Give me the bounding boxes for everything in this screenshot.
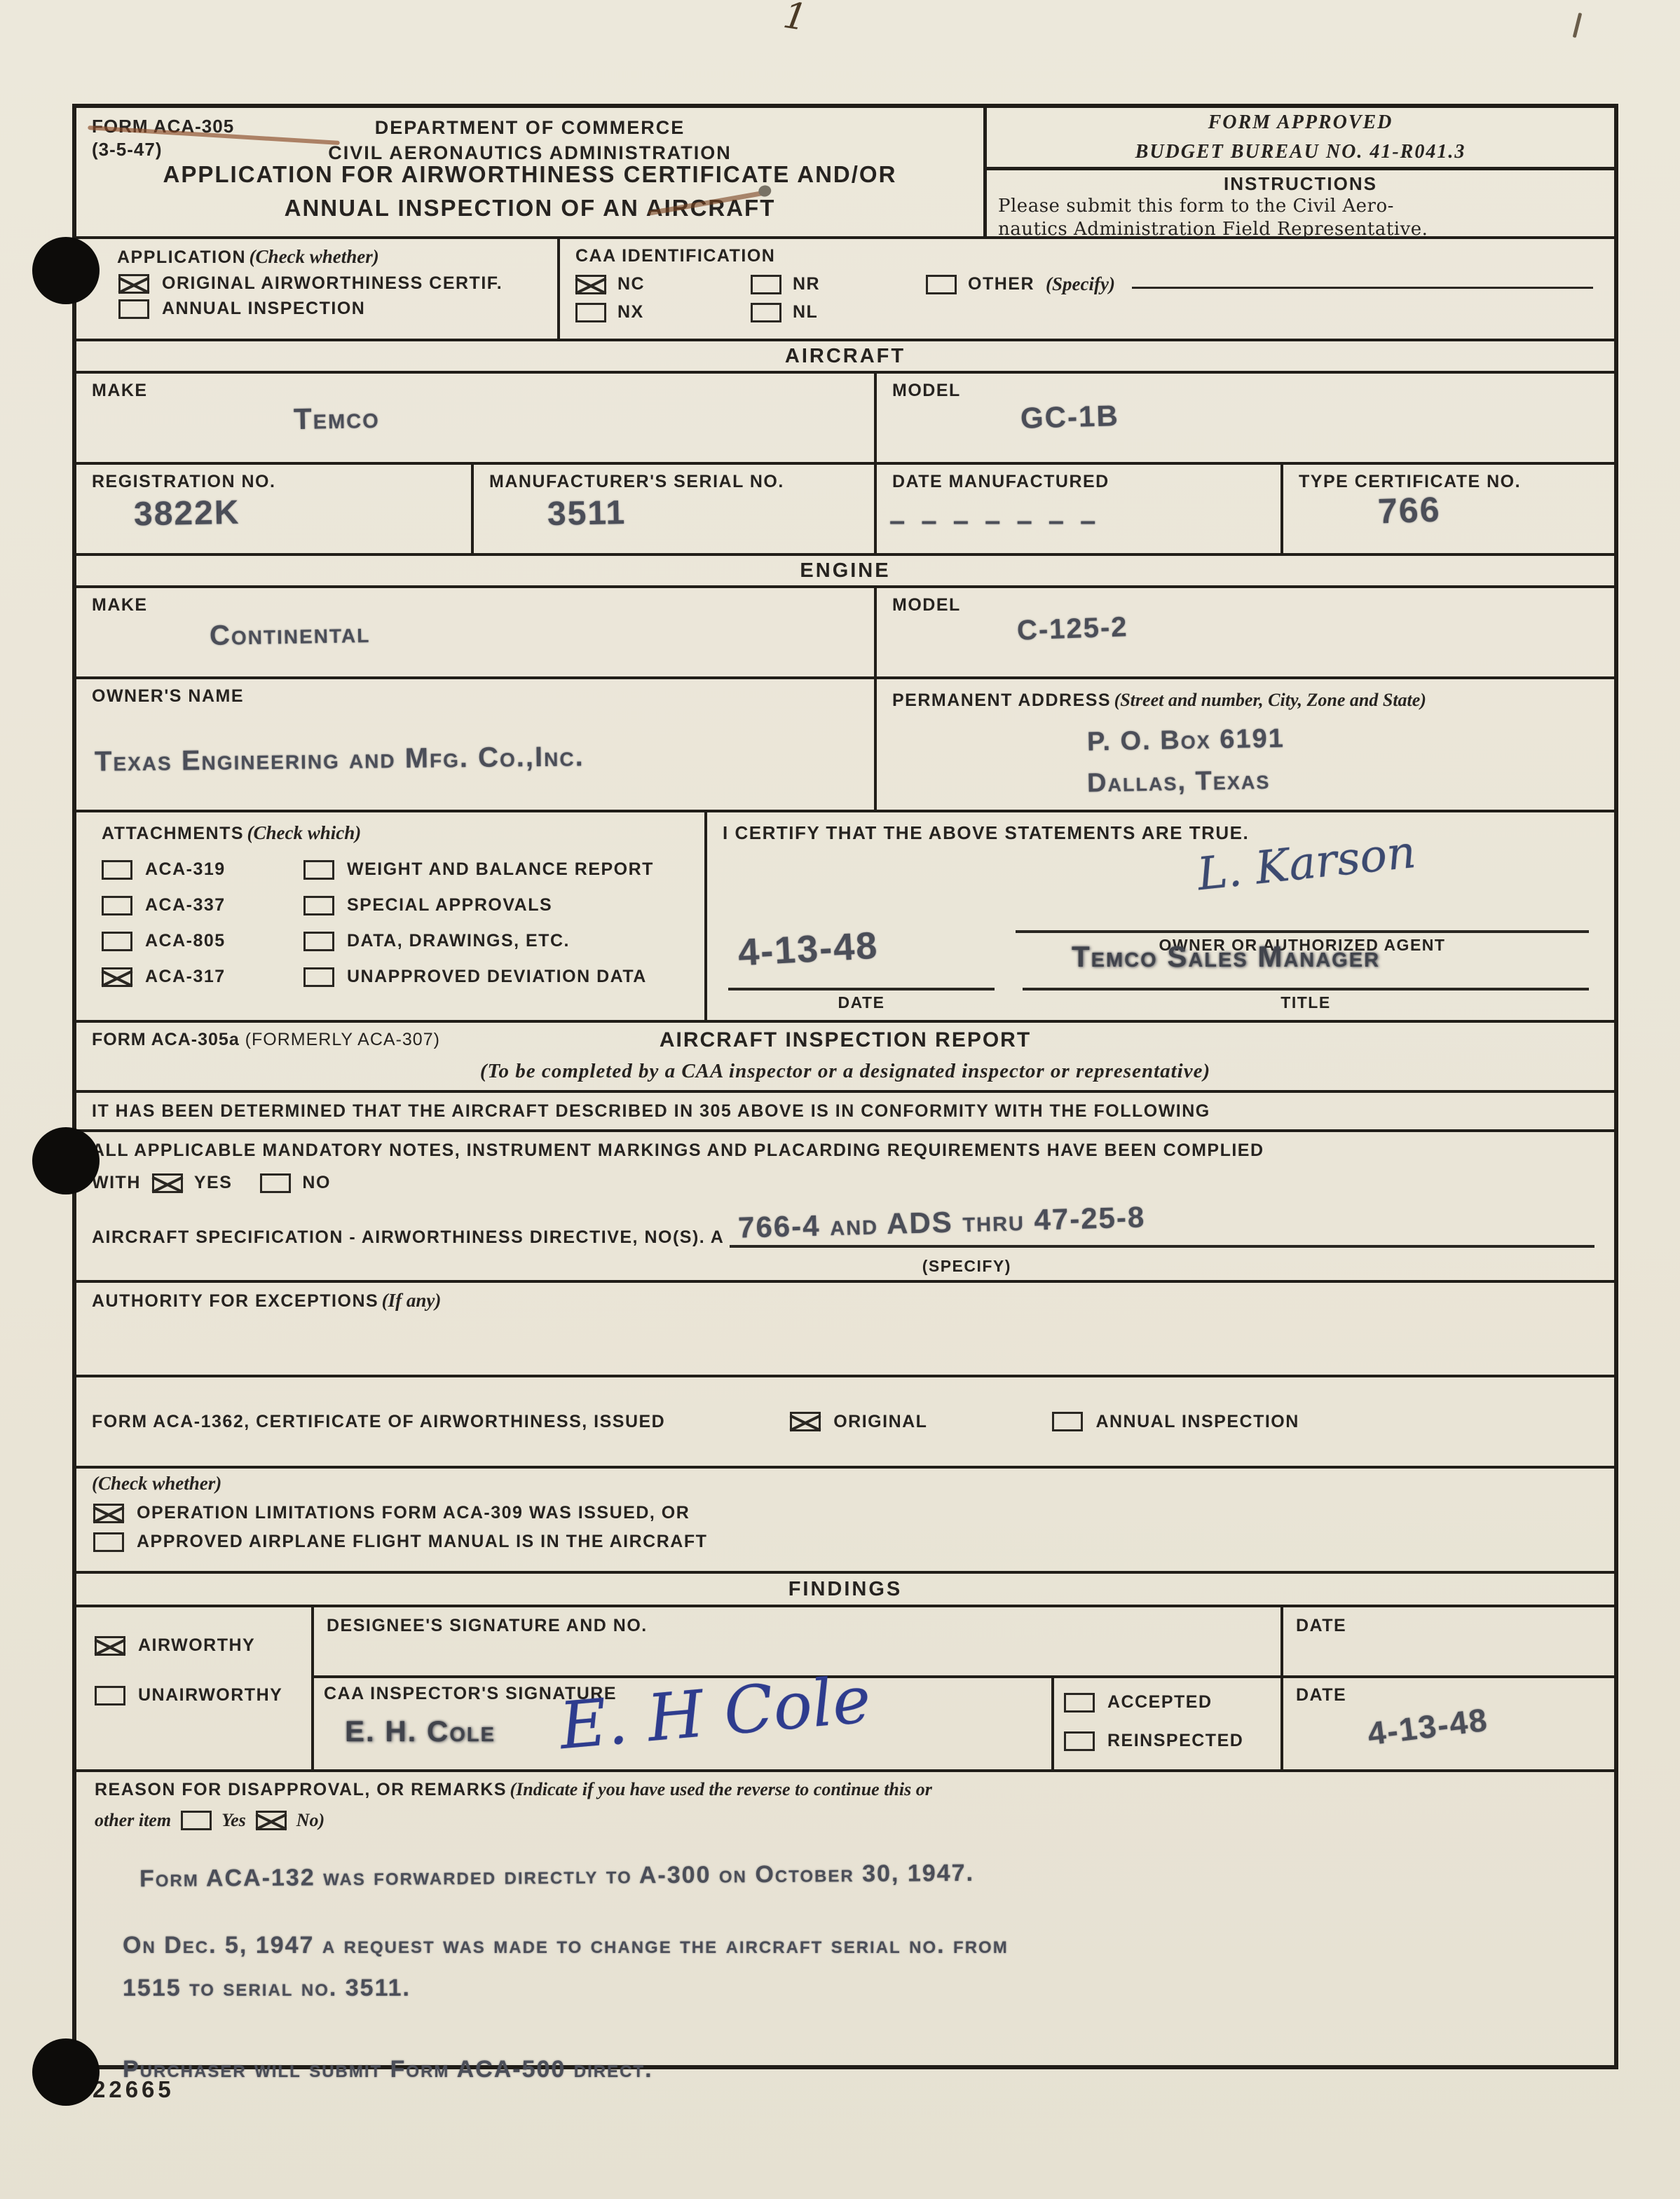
checkbox-annual-inspection[interactable]: [118, 299, 149, 319]
permanent-address-cell: PERMANENT ADDRESS (Street and number, Ci…: [877, 679, 1614, 810]
airworthy-label: AIRWORTHY: [138, 1635, 255, 1656]
other-specify-line[interactable]: [1132, 280, 1593, 289]
checkbox-issued-original[interactable]: [790, 1412, 821, 1431]
inspection-date-cell: DATE 4-13-48: [1281, 1678, 1614, 1769]
authority-label: AUTHORITY FOR EXCEPTIONS: [92, 1291, 378, 1311]
certify-date-label: DATE: [728, 993, 995, 1012]
complied-spec-row: ALL APPLICABLE MANDATORY NOTES, INSTRUME…: [76, 1132, 1614, 1283]
checkbox-reverse-yes[interactable]: [181, 1811, 212, 1830]
punch-hole-bottom: [32, 2038, 100, 2106]
type-certificate-label: TYPE CERTIFICATE NO.: [1299, 472, 1521, 491]
aircraft-spec-line[interactable]: 766-4 and ADS thru 47-25-8: [730, 1239, 1594, 1248]
certificate-issued-label: FORM ACA-1362, CERTIFICATE OF AIRWORTHIN…: [92, 1412, 665, 1432]
serial-value: 3511: [547, 493, 627, 533]
instructions-body: Please submit this form to the Civil Aer…: [998, 195, 1603, 240]
pen-mark-right: [1573, 13, 1583, 38]
page-title: APPLICATION FOR AIRWORTHINESS CERTIFICAT…: [76, 158, 983, 225]
remarks-hint-2: other item: [95, 1810, 171, 1831]
application-label: APPLICATION: [117, 247, 246, 267]
attachment-doc-4: UNAPPROVED DEVIATION DATA: [347, 967, 647, 987]
attachments-cell: ATTACHMENTS (Check which) ACA-319 WEIGHT…: [76, 812, 707, 1020]
attachment-code-2: ACA-337: [145, 895, 291, 915]
findings-right-columns: DESIGNEE'S SIGNATURE AND NO. DATE CAA IN…: [314, 1607, 1614, 1769]
aircraft-model-cell: MODEL GC-1B: [877, 374, 1614, 462]
application-hint: (Check whether): [250, 246, 379, 267]
designee-date-cell: DATE: [1281, 1607, 1614, 1675]
serial-cell: MANUFACTURER'S SERIAL NO. 3511: [474, 465, 877, 553]
inspection-date-value: 4-13-48: [1365, 1701, 1490, 1753]
registration-cell: REGISTRATION NO. 3822K: [76, 465, 474, 553]
checkbox-unairworthy[interactable]: [95, 1686, 125, 1706]
checkbox-reverse-no[interactable]: [256, 1811, 287, 1830]
certificate-issued-row: FORM ACA-1362, CERTIFICATE OF AIRWORTHIN…: [76, 1377, 1614, 1469]
certify-title-line[interactable]: [1023, 988, 1589, 990]
option-other: OTHER: [968, 274, 1034, 294]
checkbox-data-drawings[interactable]: [303, 932, 334, 951]
owner-name-cell: OWNER'S NAME Texas Engineering and Mfg. …: [76, 679, 877, 810]
punch-hole-top: [32, 237, 100, 304]
application-cell: APPLICATION (Check whether) ORIGINAL AIR…: [76, 239, 560, 339]
option-annual-inspection: ANNUAL INSPECTION: [162, 299, 365, 319]
form-border: FORM ACA-305 (3-5-47) DEPARTMENT OF COMM…: [72, 104, 1618, 2069]
aircraft-make-cell: MAKE Temco: [76, 374, 877, 462]
aircraft-model-label: MODEL: [892, 381, 961, 400]
attachment-code-1: ACA-319: [145, 859, 291, 880]
type-certificate-cell: TYPE CERTIFICATE NO. 766: [1283, 465, 1614, 553]
checkbox-accepted[interactable]: [1064, 1693, 1095, 1713]
checkbox-aca-319[interactable]: [102, 860, 132, 880]
header-right: FORM APPROVED BUDGET BUREAU NO. 41-R041.…: [983, 108, 1614, 236]
owner-name-value: Texas Engineering and Mfg. Co.,Inc.: [95, 741, 585, 777]
attachments-hint: (Check which): [247, 822, 362, 843]
determined-text: IT HAS BEEN DETERMINED THAT THE AIRCRAFT…: [76, 1093, 1210, 1129]
reinspected-label: REINSPECTED: [1107, 1731, 1243, 1751]
aircraft-spec-value: 766-4 and ADS thru 47-25-8: [738, 1200, 1146, 1244]
engine-make-cell: MAKE Continental: [76, 588, 877, 676]
designee-signature-label: DESIGNEE'S SIGNATURE AND NO.: [327, 1616, 648, 1635]
engine-make-value: Continental: [210, 618, 371, 652]
registration-value: 3822K: [134, 493, 240, 534]
complied-no-label: NO: [302, 1173, 331, 1193]
approved-line-2: BUDGET BUREAU NO. 41-R041.3: [1135, 137, 1466, 167]
checkbox-complied-yes[interactable]: [152, 1173, 183, 1193]
remarks-label: REASON FOR DISAPPROVAL, OR REMARKS: [95, 1780, 507, 1799]
header-section: FORM ACA-305 (3-5-47) DEPARTMENT OF COMM…: [76, 108, 1614, 239]
checkbox-aca-805[interactable]: [102, 932, 132, 951]
issued-annual-label: ANNUAL INSPECTION: [1095, 1412, 1299, 1432]
type-certificate-value: 766: [1377, 489, 1441, 531]
certify-title-value: Temco Sales Manager: [1072, 940, 1380, 974]
address-label: PERMANENT ADDRESS: [892, 690, 1111, 710]
checkbox-aca-337[interactable]: [102, 896, 132, 915]
address-line-1: P. O. Box 6191: [1087, 719, 1285, 763]
aircraft-registration-row: REGISTRATION NO. 3822K MANUFACTURER'S SE…: [76, 465, 1614, 556]
engine-model-label: MODEL: [892, 595, 961, 615]
attachment-code-3: ACA-805: [145, 931, 291, 951]
instructions-line-1: Please submit this form to the Civil Aer…: [998, 196, 1394, 217]
registration-label: REGISTRATION NO.: [92, 472, 275, 491]
caa-identification-label: CAA IDENTIFICATION: [575, 246, 1614, 266]
inspection-date-label: DATE: [1296, 1685, 1346, 1706]
attachment-doc-3: DATA, DRAWINGS, ETC.: [347, 931, 570, 951]
certification-cell: I CERTIFY THAT THE ABOVE STATEMENTS ARE …: [707, 812, 1614, 1020]
aircraft-spec-label: AIRCRAFT SPECIFICATION - AIRWORTHINESS D…: [92, 1227, 724, 1248]
address-line-2: Dallas, Texas: [1087, 759, 1285, 804]
checkbox-reinspected[interactable]: [1064, 1731, 1095, 1751]
inspector-typed-name: E. H. Cole: [345, 1715, 496, 1748]
complied-line-1: ALL APPLICABLE MANDATORY NOTES, INSTRUME…: [92, 1141, 1264, 1161]
owner-name-label: OWNER'S NAME: [92, 686, 244, 706]
designee-date-label: DATE: [1296, 1616, 1346, 1635]
check-whether-row: (Check whether) OPERATION LIMITATIONS FO…: [76, 1469, 1614, 1574]
checkbox-nc[interactable]: [575, 275, 606, 294]
aircraft-make-model-row: MAKE Temco MODEL GC-1B: [76, 374, 1614, 465]
checkbox-complied-no[interactable]: [260, 1173, 291, 1193]
attachment-doc-2: SPECIAL APPROVALS: [347, 895, 552, 915]
attachment-doc-1: WEIGHT AND BALANCE REPORT: [347, 859, 654, 880]
accepted-label: ACCEPTED: [1107, 1692, 1213, 1713]
designee-signature-cell: DESIGNEE'S SIGNATURE AND NO.: [314, 1607, 1281, 1675]
engine-make-model-row: MAKE Continental MODEL C-125-2: [76, 588, 1614, 679]
findings-band-title: FINDINGS: [788, 1578, 903, 1601]
title-line-1: APPLICATION FOR AIRWORTHINESS CERTIFICAT…: [76, 158, 983, 191]
findings-table: AIRWORTHY UNAIRWORTHY DESIGNEE'S SIGNATU…: [76, 1607, 1614, 1772]
airworthy-column: AIRWORTHY UNAIRWORTHY: [76, 1607, 314, 1769]
checkbox-special-approvals[interactable]: [303, 896, 334, 915]
date-manufactured-cell: DATE MANUFACTURED – – – – – – –: [877, 465, 1283, 553]
inspection-report-title: AIRCRAFT INSPECTION REPORT: [76, 1028, 1614, 1052]
certify-date-value: 4-13-48: [737, 924, 880, 974]
checkbox-airworthy[interactable]: [95, 1636, 125, 1656]
checkbox-other[interactable]: [926, 275, 957, 294]
authority-row: AUTHORITY FOR EXCEPTIONS (If any): [76, 1283, 1614, 1377]
engine-model-cell: MODEL C-125-2: [877, 588, 1614, 676]
checkbox-nr[interactable]: [751, 275, 781, 294]
budget-approval-box: FORM APPROVED BUDGET BUREAU NO. 41-R041.…: [987, 108, 1614, 170]
attachments-label: ATTACHMENTS: [102, 824, 244, 843]
date-manufactured-label: DATE MANUFACTURED: [892, 472, 1109, 491]
checkbox-weight-balance[interactable]: [303, 860, 334, 880]
checkbox-unapproved-deviation[interactable]: [303, 967, 334, 987]
aircraft-band: AIRCRAFT: [76, 341, 1614, 374]
inspection-report-header: FORM ACA-305a (FORMERLY ACA-307) AIRCRAF…: [76, 1023, 1614, 1093]
remark-paragraph-2: On Dec. 5, 1947 a request was made to ch…: [123, 1924, 1048, 2010]
option-nx: NX: [617, 302, 644, 322]
checkbox-nl[interactable]: [751, 303, 781, 322]
aircraft-make-value: Temco: [294, 401, 380, 436]
option-nl: NL: [793, 302, 818, 322]
remarks-hint-1: (Indicate if you have used the reverse t…: [510, 1779, 932, 1799]
specify-label: (SPECIFY): [922, 1257, 1011, 1276]
engine-model-value: C-125-2: [1016, 611, 1128, 647]
certify-statement: I CERTIFY THAT THE ABOVE STATEMENTS ARE …: [723, 822, 1249, 844]
owner-signature-line[interactable]: [1016, 930, 1589, 933]
engine-band: ENGINE: [76, 556, 1614, 588]
address-value: P. O. Box 6191 Dallas, Texas: [1087, 720, 1285, 803]
caa-identification-cell: CAA IDENTIFICATION NC NR OTHER (Specify): [560, 239, 1614, 339]
option-original-airworthiness: ORIGINAL AIRWORTHINESS CERTIF.: [162, 273, 503, 294]
instructions-line-2: nautics Administration Field Representat…: [998, 219, 1428, 240]
issued-original-label: ORIGINAL: [833, 1412, 927, 1432]
serial-label: MANUFACTURER'S SERIAL NO.: [489, 472, 784, 491]
pen-mark-top: 1: [781, 0, 810, 39]
agency-line-1: DEPARTMENT OF COMMERCE: [76, 115, 983, 140]
check-whether-hint: (Check whether): [92, 1473, 1614, 1495]
unairworthy-label: UNAIRWORTHY: [138, 1685, 282, 1706]
aircraft-model-value: GC-1B: [1020, 399, 1119, 435]
punch-hole-middle: [32, 1127, 100, 1194]
certify-title-label: TITLE: [1023, 993, 1589, 1012]
inspection-report-subtitle: (To be completed by a CAA inspector or a…: [76, 1060, 1614, 1083]
aircraft-band-title: AIRCRAFT: [785, 345, 906, 368]
certify-date-line[interactable]: [728, 988, 995, 990]
application-section: APPLICATION (Check whether) ORIGINAL AIR…: [76, 239, 1614, 341]
checkbox-issued-annual[interactable]: [1052, 1412, 1083, 1431]
checkbox-original-airworthiness[interactable]: [118, 274, 149, 294]
attachment-code-4: ACA-317: [145, 967, 291, 987]
aircraft-make-label: MAKE: [92, 381, 148, 400]
attachments-certify-row: ATTACHMENTS (Check which) ACA-319 WEIGHT…: [76, 812, 1614, 1023]
findings-band: FINDINGS: [76, 1574, 1614, 1607]
document-number: 22665: [93, 2076, 175, 2103]
accepted-reinspected-cell: ACCEPTED REINSPECTED: [1051, 1678, 1281, 1769]
engine-make-label: MAKE: [92, 595, 148, 615]
complied-line-2: WITH: [92, 1173, 141, 1193]
instructions-title: INSTRUCTIONS: [998, 173, 1603, 195]
address-hint: (Street and number, City, Zone and State…: [1114, 690, 1426, 710]
checkbox-aca-317[interactable]: [102, 967, 132, 987]
flight-manual-label: APPROVED AIRPLANE FLIGHT MANUAL IS IN TH…: [137, 1532, 707, 1552]
date-manufactured-value: – – – – – – –: [889, 505, 1100, 537]
header-left: FORM ACA-305 (3-5-47) DEPARTMENT OF COMM…: [76, 108, 983, 236]
remark-paragraph-1: Form ACA-132 was forwarded directly to A…: [139, 1856, 1593, 1893]
option-nr: NR: [793, 274, 820, 294]
option-nc: NC: [617, 274, 645, 294]
engine-band-title: ENGINE: [800, 559, 890, 583]
instructions-box: INSTRUCTIONS Please submit this form to …: [987, 170, 1614, 240]
approved-line-1: FORM APPROVED: [1208, 108, 1393, 137]
reverse-yes-label: Yes: [221, 1810, 246, 1831]
scanned-form-page: 1 FORM ACA-305 (3-5-47) DEPARTMENT OF CO…: [0, 0, 1680, 2199]
title-line-2: ANNUAL INSPECTION OF AN AIRCRAFT: [76, 191, 983, 225]
other-specify-hint: (Specify): [1046, 273, 1115, 295]
checkbox-nx[interactable]: [575, 303, 606, 322]
operation-limitations-label: OPERATION LIMITATIONS FORM ACA-309 WAS I…: [137, 1503, 690, 1523]
checkbox-operation-limitations[interactable]: [93, 1504, 124, 1523]
determined-row: IT HAS BEEN DETERMINED THAT THE AIRCRAFT…: [76, 1093, 1614, 1132]
remark-paragraph-3: Purchaser will submit Form ACA-500 direc…: [123, 2056, 1593, 2083]
reverse-no-label: No): [296, 1810, 325, 1831]
complied-yes-label: YES: [194, 1173, 233, 1193]
remarks-section: REASON FOR DISAPPROVAL, OR REMARKS (Indi…: [76, 1772, 1614, 2083]
caa-inspector-signature-cell: CAA INSPECTOR'S SIGNATURE E. H. Cole E. …: [314, 1678, 1051, 1769]
owner-address-row: OWNER'S NAME Texas Engineering and Mfg. …: [76, 679, 1614, 812]
authority-hint: (If any): [382, 1290, 442, 1311]
checkbox-flight-manual[interactable]: [93, 1532, 124, 1552]
